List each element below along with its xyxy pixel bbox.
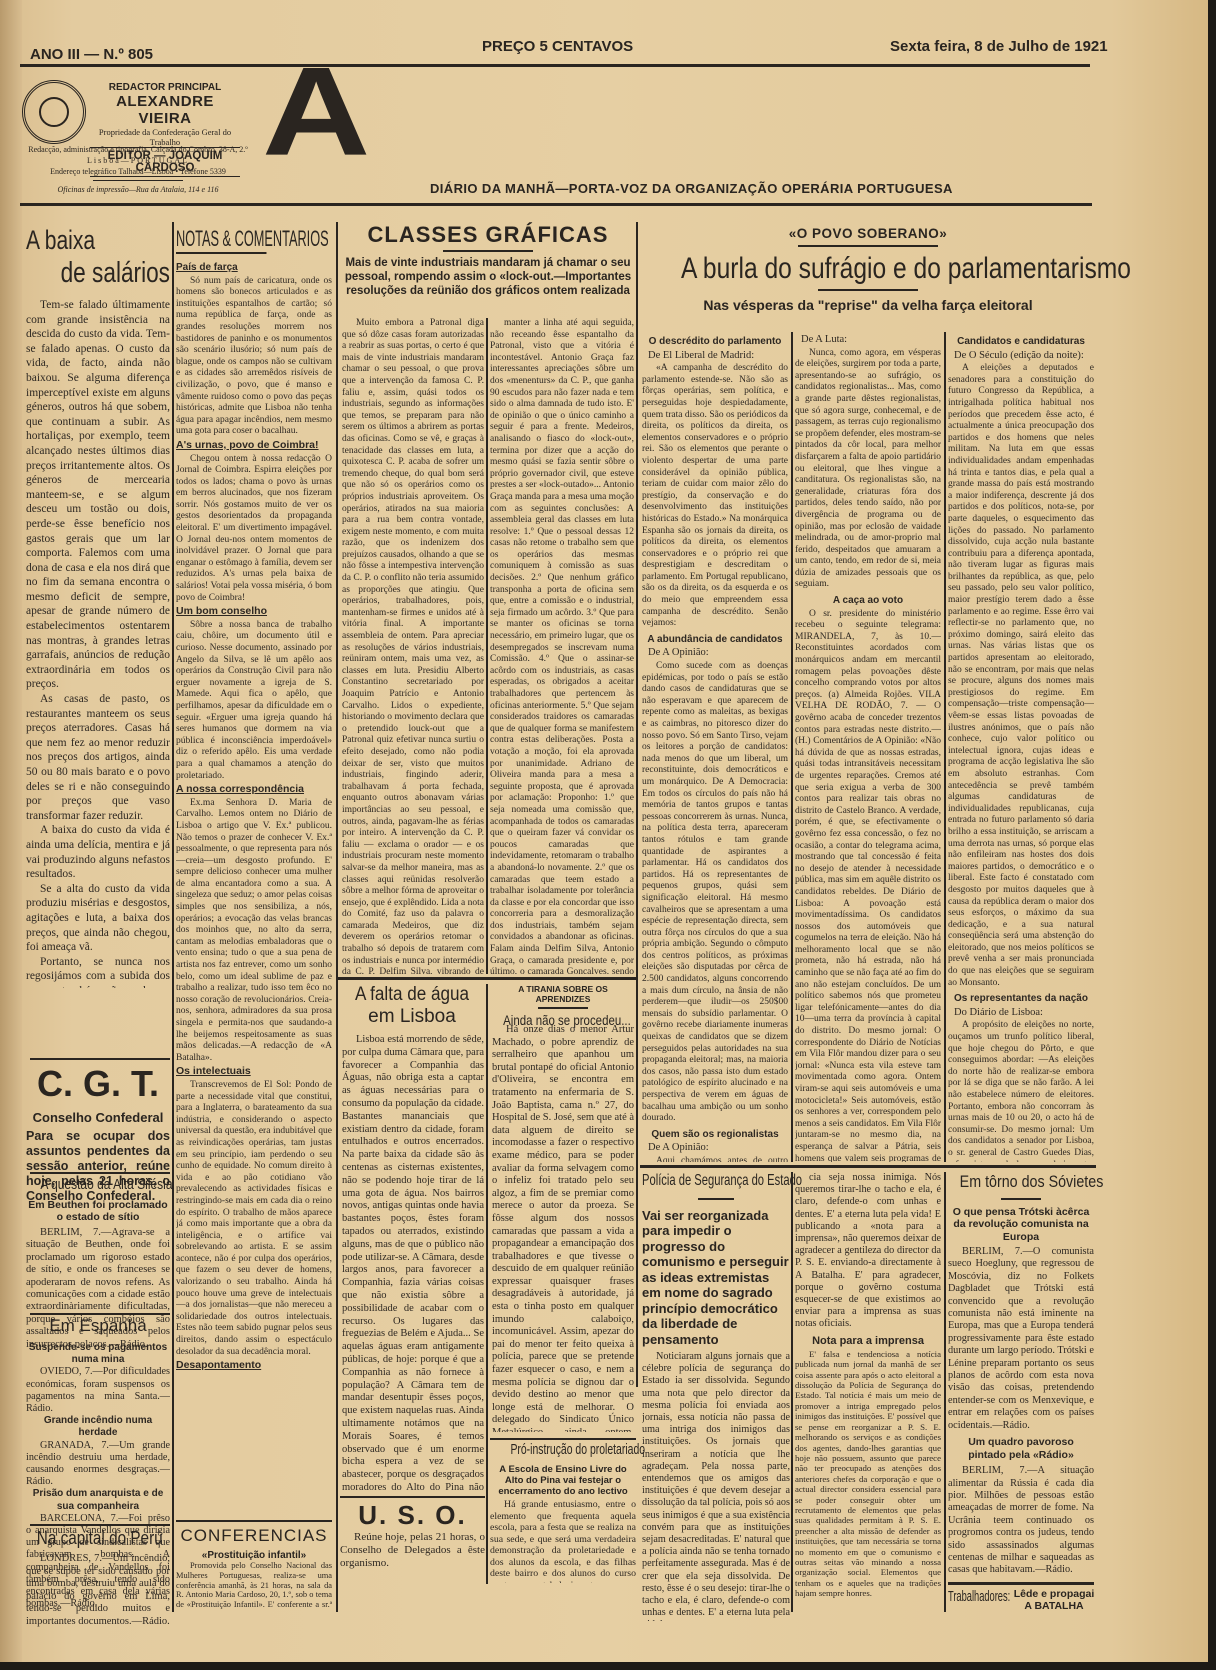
divider bbox=[490, 1438, 636, 1440]
conferencias-body: Promovida pelo Conselho Nacional das Mul… bbox=[176, 1561, 332, 1609]
povo-col1: O descrédito do parlamento De El Liberal… bbox=[642, 332, 788, 1162]
policia-deck: Vai ser reorganizada para impedir o prog… bbox=[642, 1208, 790, 1348]
column-rule bbox=[336, 222, 338, 1612]
peru-body: LONDRES, 7.—Um incêndio, que se supõe te… bbox=[26, 1553, 170, 1628]
divider bbox=[30, 1058, 170, 1060]
notas-header: NOTAS & COMENTARIOS bbox=[176, 226, 266, 254]
divider bbox=[30, 1172, 170, 1174]
column-rule bbox=[944, 1172, 946, 1612]
divider bbox=[336, 977, 636, 980]
notas-body: País de farça Só num país de caricatura,… bbox=[176, 260, 332, 1370]
povo-deck: Nas vésperas da "reprise" da velha farça… bbox=[640, 297, 1096, 313]
column-rule bbox=[172, 222, 174, 1612]
subtitle: DIÁRIO DA MANHÃ—PORTA-VOZ DA ORGANIZAÇÃO… bbox=[430, 181, 953, 196]
agua-title-2: em Lisboa bbox=[340, 1006, 484, 1028]
divider bbox=[30, 1313, 170, 1315]
espanha-title: Em Espanha bbox=[26, 1316, 170, 1336]
povo-col2: De A Luta: Nunca, como agora, em véspera… bbox=[795, 332, 941, 1162]
proinstrucao-title: Pró-instrução do proletariado bbox=[510, 1442, 615, 1458]
newspaper-page: ANO III — N.º 805 PREÇO 5 CENTAVOS Sexta… bbox=[0, 0, 1208, 1662]
sovietes-deck: O que pensa Trótski àcêrca da revolução … bbox=[948, 1206, 1094, 1244]
article-title-2: de salários bbox=[58, 256, 170, 290]
column-rule bbox=[944, 332, 946, 1162]
uso-body: Reúne hoje, pelas 21 horas, o Conselho d… bbox=[340, 1531, 485, 1570]
conferencias-subtitle: «Prostituição infantil» bbox=[176, 1550, 332, 1561]
policia-body: Noticiaram alguns jornais que a célebre … bbox=[642, 1351, 790, 1621]
city: Lisboa—PORTUGAL bbox=[28, 155, 248, 166]
newspaper-title: A BATALHA bbox=[262, 48, 1082, 178]
masthead-rule bbox=[20, 203, 1092, 206]
editor-role: REDACTOR PRINCIPAL bbox=[90, 82, 240, 93]
column-rule bbox=[486, 984, 488, 1584]
povo-col3: Candidatos e candidaturas De O Século (e… bbox=[948, 332, 1094, 1162]
povo-kicker: «O POVO SOBERANO» bbox=[640, 226, 1096, 241]
address: Redacção, administração e tipografia, Ca… bbox=[28, 144, 248, 155]
tirania-body: Há onze dias o menor Artur Machado, o po… bbox=[492, 1024, 634, 1432]
issue-number: ANO III — N.º 805 bbox=[30, 46, 153, 63]
povo-title: A burla do sufrágio e do parlamentarismo bbox=[681, 251, 1055, 287]
article-title: A baixa bbox=[26, 224, 138, 256]
divider bbox=[640, 1165, 1096, 1168]
proinstrucao-body: Há grande entusiasmo, entre o elemento q… bbox=[490, 1499, 636, 1583]
tirania-kicker: A TIRANIA SOBRE OS APRENDIZES bbox=[490, 984, 636, 1004]
policia-title: Polícia de Segurança do Estado bbox=[642, 1172, 746, 1190]
sovietes-title: Em tôrno dos Sóvietes bbox=[960, 1172, 1083, 1192]
uso-title: U. S. O. bbox=[340, 1500, 485, 1531]
cgt-title: C. G. T. bbox=[26, 1064, 170, 1104]
agua-title: A falta de água bbox=[347, 984, 477, 1006]
silesia-title: A questão da Alta Silésia bbox=[40, 1176, 155, 1193]
classes-body-col2: manter a linha até aqui seguida, não rec… bbox=[490, 318, 634, 974]
silesia-deck: Em Beuthen foi proclamado o estado de sí… bbox=[26, 1199, 170, 1223]
cgt-seal-icon bbox=[22, 80, 86, 144]
classes-body-col1: Muito embora a Patronal diga que só dôze… bbox=[342, 318, 484, 974]
page-edge bbox=[0, 0, 22, 1662]
divider bbox=[340, 1496, 485, 1498]
article-body: Tem-se falado últimamente com grande ins… bbox=[26, 298, 170, 988]
proinstrucao-deck: A Escola de Ensino Livre do Alto do Pina… bbox=[490, 1464, 636, 1497]
column-rule bbox=[486, 318, 488, 974]
column-rule bbox=[791, 1172, 793, 1612]
telegraph: Endereço telegráfico Talhaba—Lisboa • Te… bbox=[28, 166, 248, 177]
column-rule bbox=[791, 332, 793, 1162]
conferencias-title: CONFERENCIAS bbox=[176, 1526, 332, 1546]
cgt-subtitle: Conselho Confederal bbox=[26, 1110, 170, 1125]
classes-deck: Mais de vinte industriais mandaram já ch… bbox=[340, 256, 636, 298]
policia-col2: cia seja nossa inimiga. Nós queremos tir… bbox=[795, 1172, 941, 1612]
agua-body: Lisboa está morrendo de sêde, por culpa … bbox=[342, 1034, 484, 1494]
editor-name: ALEXANDRE VIEIRA bbox=[90, 93, 240, 127]
workshops: Oficinas de impressão—Rua da Atalaia, 11… bbox=[28, 184, 248, 195]
footer-slogan: Trabalhadores: Lêde e propagai A BATALHA bbox=[948, 1588, 1098, 1612]
sovietes-body: BERLIM, 7.—O comunista sueco Hoegluny, q… bbox=[948, 1246, 1094, 1577]
classes-title: CLASSES GRÁFICAS bbox=[340, 222, 636, 248]
column-rule bbox=[636, 222, 638, 1387]
peru-title: Na capital do Perú bbox=[37, 1528, 159, 1549]
divider bbox=[948, 1582, 1094, 1585]
divider bbox=[30, 1524, 170, 1526]
